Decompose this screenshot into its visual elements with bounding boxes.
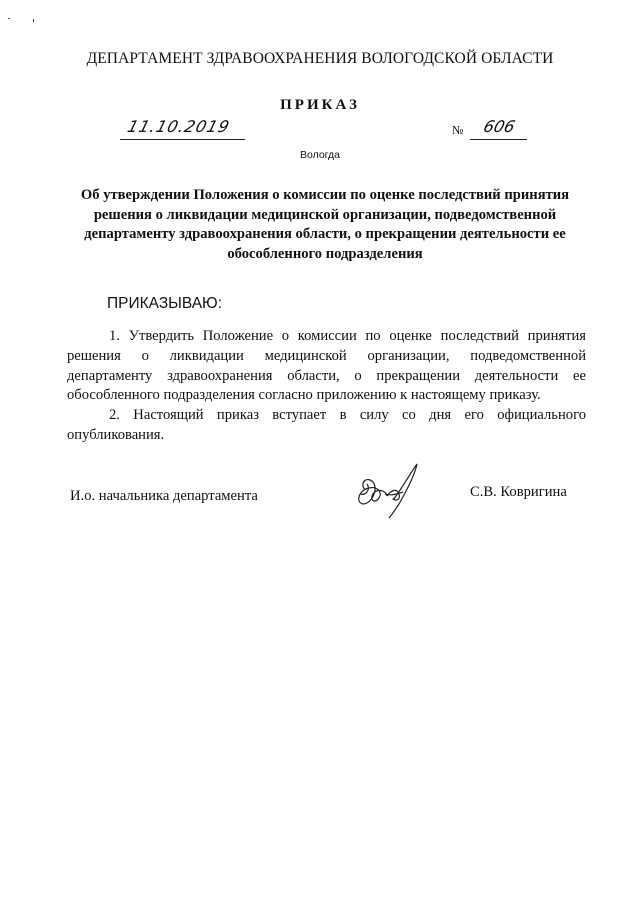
order-word: ПРИКАЗЫВАЮ: <box>107 295 222 313</box>
order-items: 1. Утвердить Положение о комиссии по оце… <box>67 327 586 446</box>
number-label: № <box>452 123 463 138</box>
city: Вологда <box>0 149 640 161</box>
signatory-name: С.В. Ковригина <box>470 484 567 501</box>
handwritten-number: 606 <box>481 117 517 136</box>
order-item-1: 1. Утвердить Положение о комиссии по оце… <box>67 327 586 406</box>
scan-specks <box>8 9 38 13</box>
department-header: ДЕПАРТАМЕНТ ЗДРАВООХРАНЕНИЯ ВОЛОГОДСКОЙ … <box>0 50 640 68</box>
document-type-title: ПРИКАЗ <box>0 97 640 114</box>
date-field: 11.10.2019 <box>120 117 245 140</box>
signature-icon <box>345 460 435 520</box>
handwritten-date: 11.10.2019 <box>125 117 232 136</box>
signatory-role: И.о. начальника департамента <box>70 488 258 505</box>
number-field: 606 <box>470 117 527 140</box>
order-item-2: 2. Настоящий приказ вступает в силу со д… <box>67 406 586 446</box>
document-subject: Об утверждении Положения о комиссии по о… <box>62 186 588 264</box>
